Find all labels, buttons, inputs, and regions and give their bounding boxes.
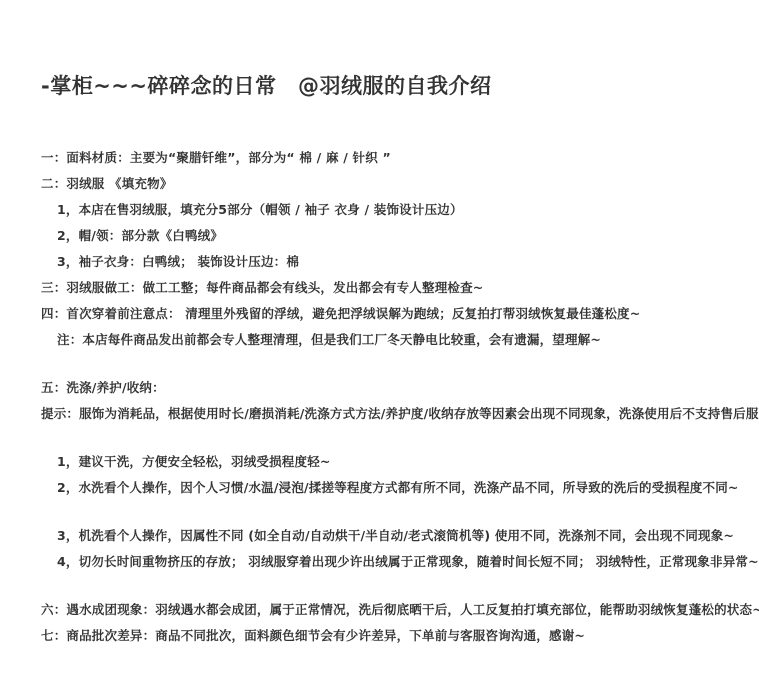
text-line: 2，帽/领：部分款《白鸭绒》 — [41, 223, 755, 249]
text-line: 四：首次穿着前注意点： 清理里外残留的浮绒，避免把浮绒误解为跑绒；反复拍打帮羽绒… — [41, 301, 755, 327]
text-line: 2，水洗看个人操作，因个人习惯/水温/浸泡/揉搓等程度方式都有所不同，洗涤产品不… — [41, 475, 755, 501]
text-line: 七：商品批次差异：商品不同批次，面料颜色细节会有少许差异，下单前与客服咨询沟通，… — [41, 623, 755, 649]
text-line: 提示：服饰为消耗品，根据使用时长/磨损消耗/洗涤方式方法/养护度/收纳存放等因素… — [41, 401, 755, 427]
seller-notes-page: -掌柜~~~碎碎念的日常 @羽绒服的自我介绍 一：面料材质：主要为“聚腊钎维”，… — [0, 0, 759, 700]
text-line: 一：面料材质：主要为“聚腊钎维”，部分为“ 棉 / 麻 / 针织 ” — [41, 145, 755, 171]
text-line: 六：遇水成团现象：羽绒遇水都会成团，属于正常情况，洗后彻底晒干后，人工反复拍打填… — [41, 597, 755, 623]
text-line: 注：本店每件商品发出前都会专人整理清理，但是我们工厂冬天静电比较重，会有遗漏，望… — [41, 327, 755, 353]
notes-content: 一：面料材质：主要为“聚腊钎维”，部分为“ 棉 / 麻 / 针织 ”二：羽绒服 … — [0, 145, 759, 649]
text-line: 4，切勿长时间重物挤压的存放； 羽绒服穿着出现少许出绒属于正常现象，随着时间长短… — [41, 549, 755, 575]
text-line: 二：羽绒服 《填充物》 — [41, 171, 755, 197]
text-line: 三：羽绒服做工：做工工整；每件商品都会有线头，发出都会有专人整理检查~ — [41, 275, 755, 301]
text-line: 五：洗涤/养护/收纳： — [41, 375, 755, 401]
text-line: 1，建议干洗，方便安全轻松，羽绒受损程度轻~ — [41, 449, 755, 475]
text-line: 1，本店在售羽绒服，填充分5部分（帽领 / 袖子 衣身 / 装饰设计压边） — [41, 197, 755, 223]
text-line: 3，袖子衣身：白鸭绒； 装饰设计压边：棉 — [41, 249, 755, 275]
text-line: 3，机洗看个人操作，因属性不同 (如全自动/自动烘干/半自动/老式滚筒机等) 使… — [41, 523, 755, 549]
page-title: -掌柜~~~碎碎念的日常 @羽绒服的自我介绍 — [0, 0, 759, 100]
